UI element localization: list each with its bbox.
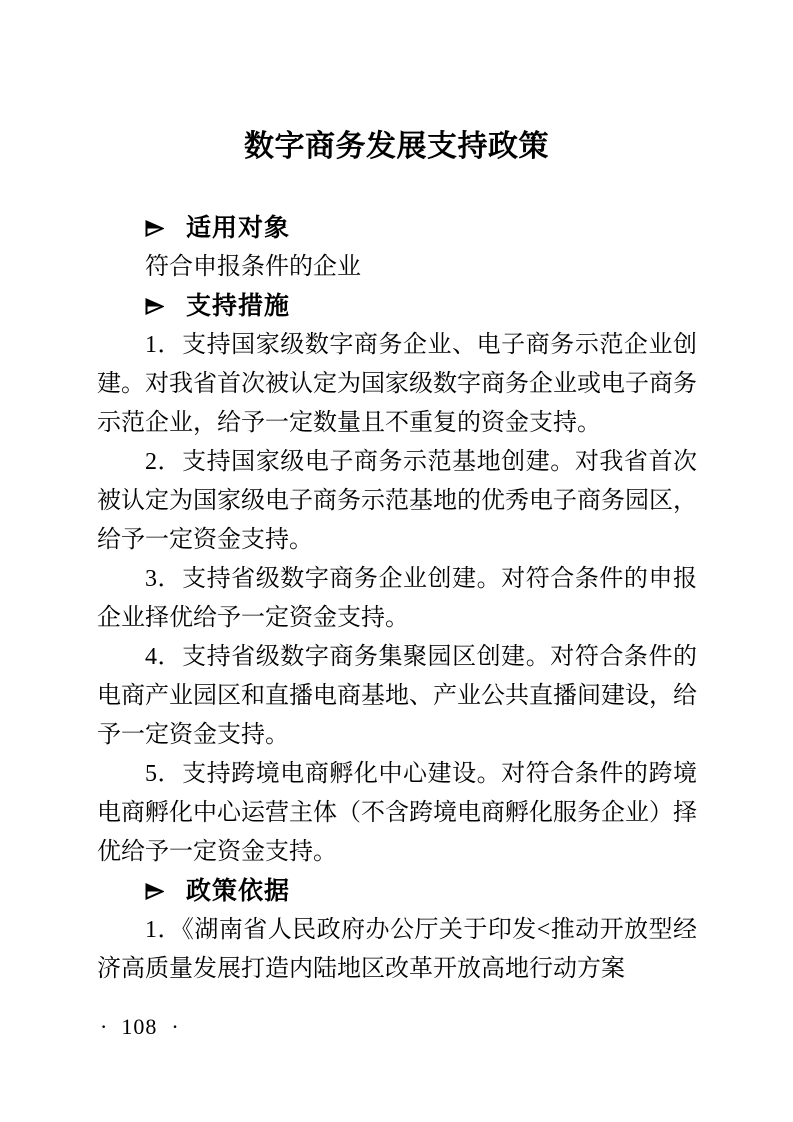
document-page: 数字商务发展支持政策 适用对象 符合申报条件的企业 支持措施 1．支持国家级数字… [0,0,793,1122]
footer-separator: · [171,1014,178,1039]
page-footer: ·108· [100,1007,179,1046]
paragraph-measure-2: 2．支持国家级电子商务示范基地创建。对我省首次被认定为国家级电子商务示范基地的优… [97,443,697,560]
section-heading-text: 支持措施 [186,292,290,320]
paragraph-policy-basis-1: 1．《湖南省人民政府办公厅关于印发<推动开放型经济高质量发展打造内陆地区改革开放… [97,911,697,989]
page-number: 108 [121,1014,157,1039]
paragraph-measure-5: 5．支持跨境电商孵化中心建设。对符合条件的跨境电商孵化中心运营主体（不含跨境电商… [97,755,697,872]
arrow-bullet-icon [145,298,164,315]
section-heading-text: 适用对象 [186,214,290,242]
document-body: 适用对象 符合申报条件的企业 支持措施 1．支持国家级数字商务企业、电子商务示范… [97,209,697,989]
paragraph-measure-3: 3．支持省级数字商务企业创建。对符合条件的申报企业择优给予一定资金支持。 [97,560,697,638]
paragraph: 符合申报条件的企业 [97,248,697,287]
paragraph-measure-1: 1．支持国家级数字商务企业、电子商务示范企业创建。对我省首次被认定为国家级数字商… [97,326,697,443]
paragraph-measure-4: 4．支持省级数字商务集聚园区创建。对符合条件的电商产业园区和直播电商基地、产业公… [97,638,697,755]
footer-separator: · [100,1014,107,1039]
section-heading-policy-basis: 政策依据 [97,872,697,911]
page-title: 数字商务发展支持政策 [0,130,793,164]
section-heading-text: 政策依据 [186,877,290,905]
arrow-bullet-icon [145,883,164,900]
arrow-bullet-icon [145,220,164,237]
section-heading-support-measures: 支持措施 [97,287,697,326]
section-heading-applicable-targets: 适用对象 [97,209,697,248]
